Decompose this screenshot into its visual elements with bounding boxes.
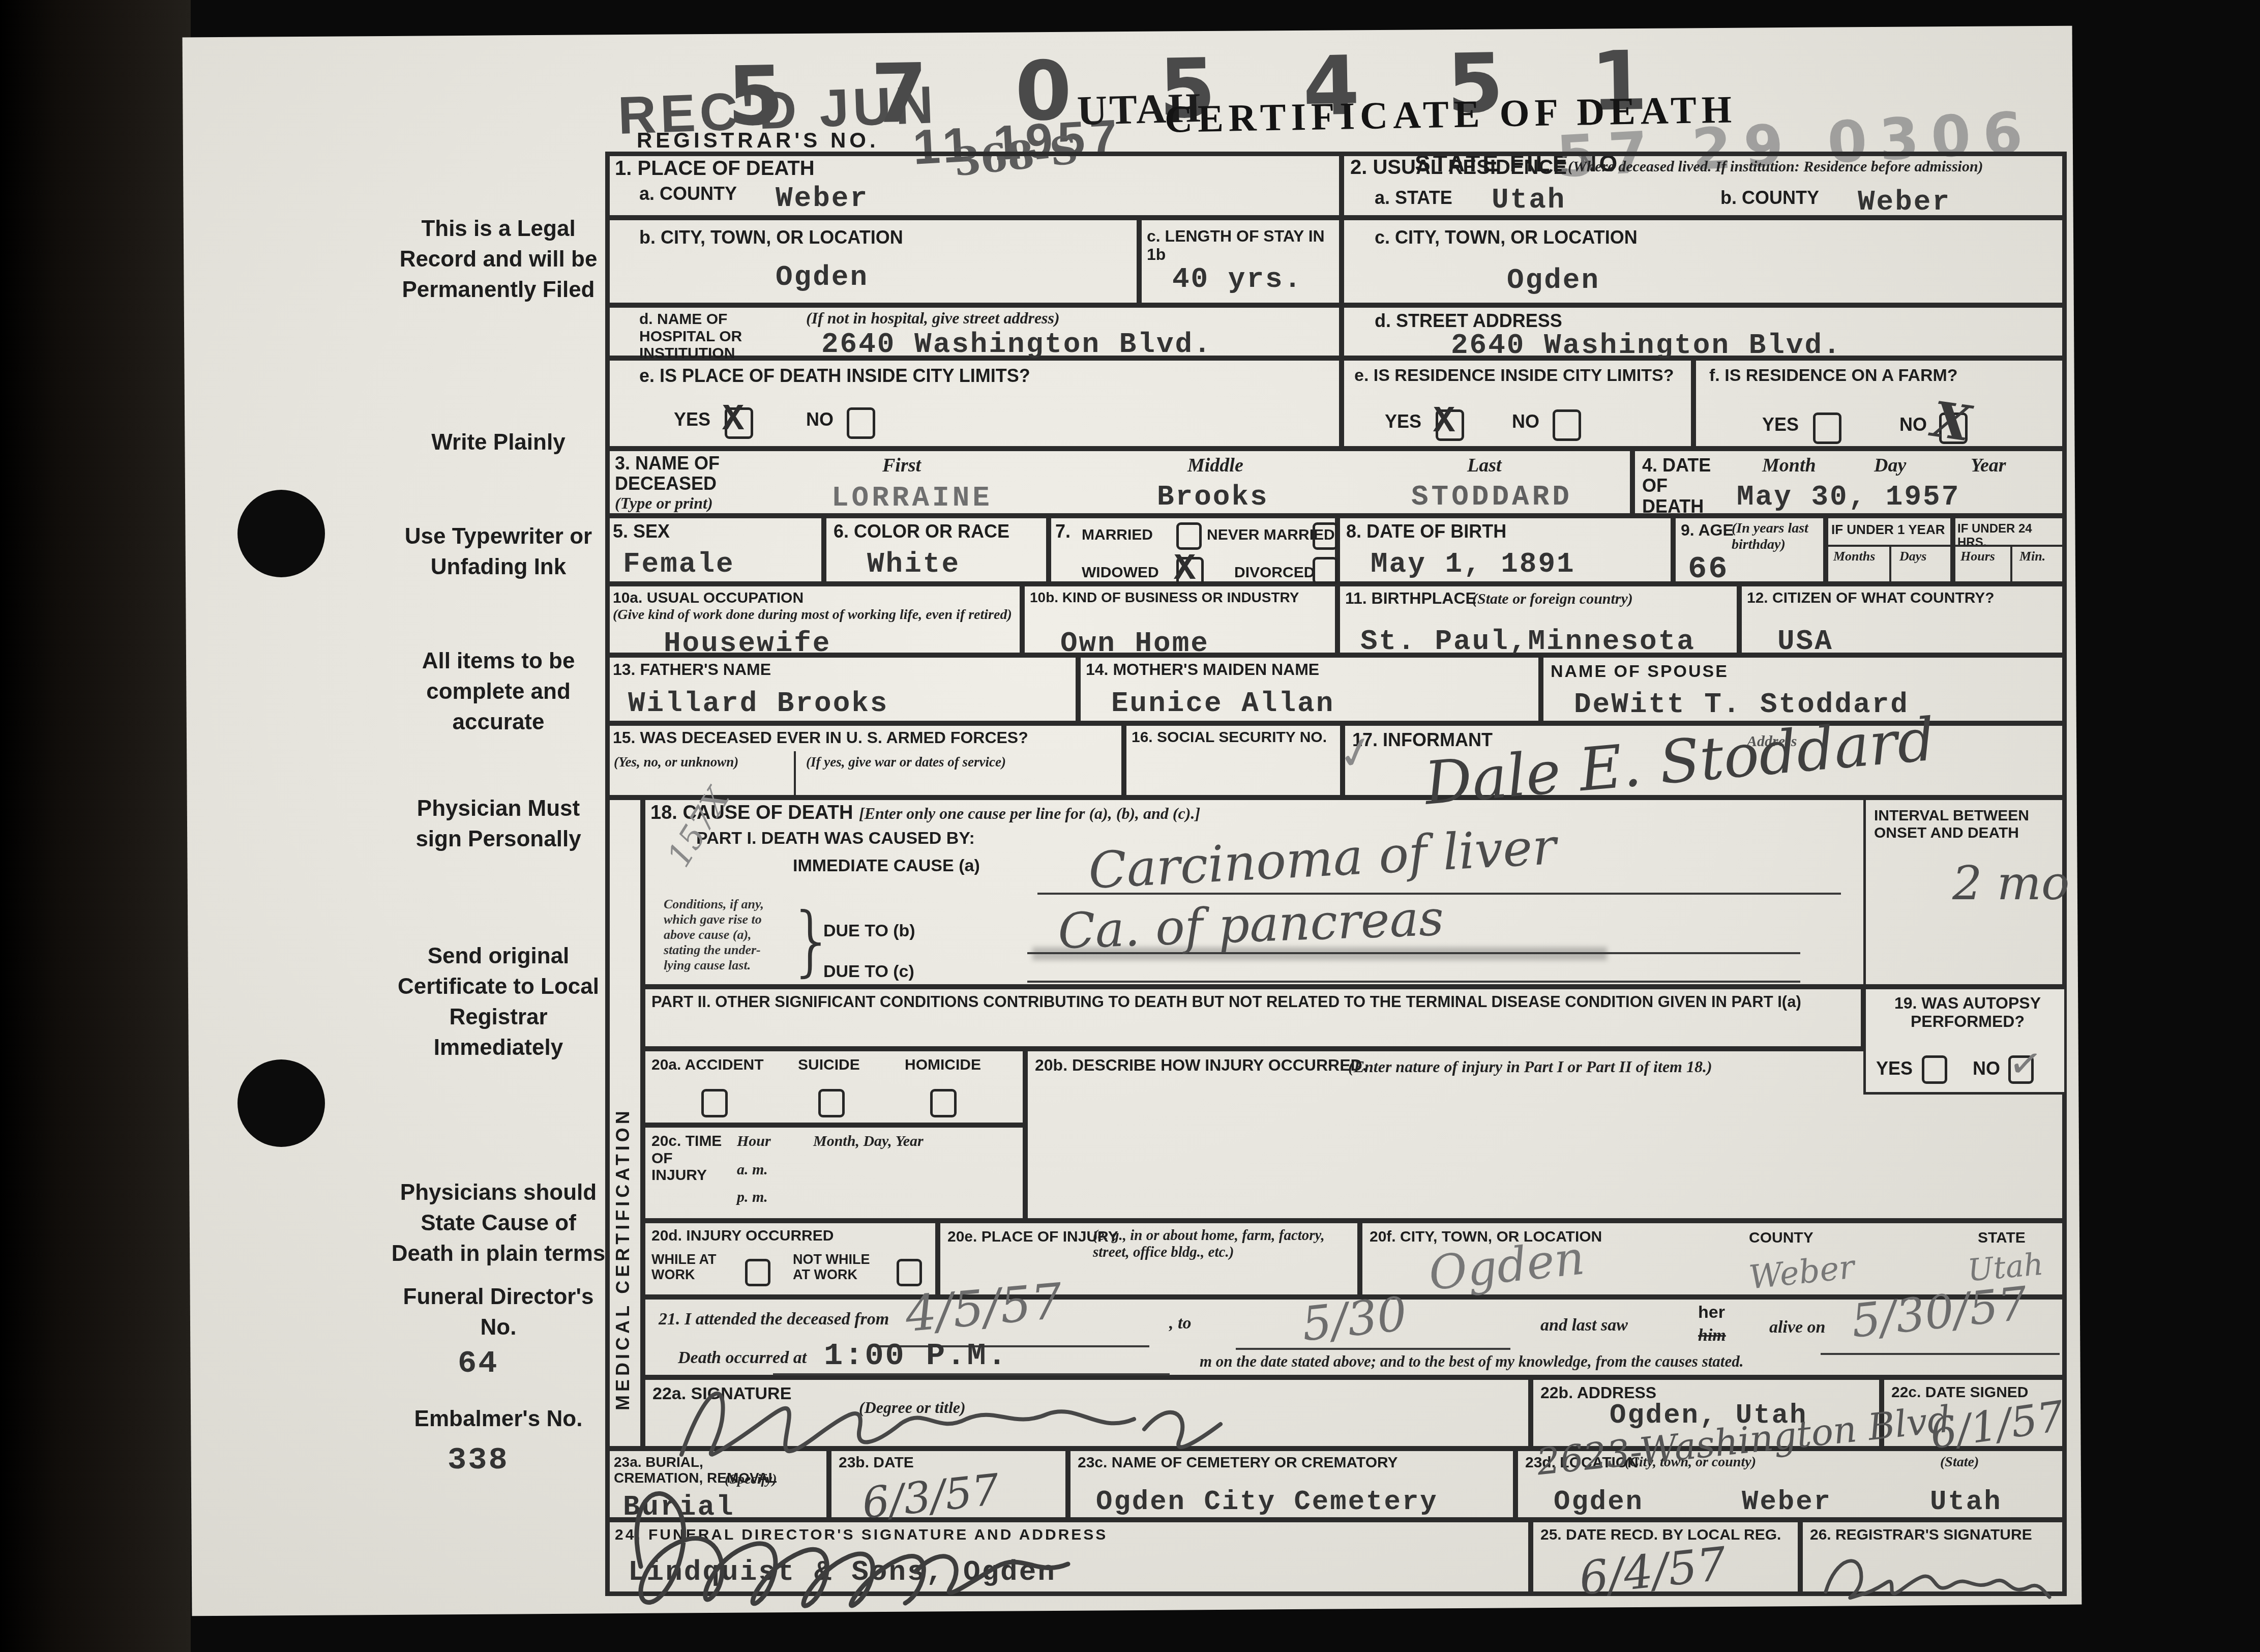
- under24-hours-label: Hours: [1960, 549, 1995, 564]
- residence-county-value: Weber: [1858, 186, 1951, 218]
- under24-min-label: Min.: [2019, 549, 2045, 564]
- residence-state-label: a. STATE: [1375, 188, 1452, 208]
- residence-limits-label: e. IS RESIDENCE INSIDE CITY LIMITS?: [1354, 366, 1674, 385]
- industry-label: 10b. KIND OF BUSINESS OR INDUSTRY: [1030, 589, 1299, 605]
- attended-alive-line: [1821, 1353, 2060, 1355]
- injury-county-label: COUNTY: [1749, 1229, 1813, 1247]
- armed-forces-note2: (If yes, give war or dates of service): [806, 754, 1111, 770]
- autopsy-yes-checkbox: [1922, 1055, 1947, 1084]
- hospital-value: 2640 Washington Blvd.: [821, 328, 1212, 361]
- field-date-of-death: 4. DATE OF DEATH Month Day Year May 30, …: [1632, 449, 2067, 516]
- film-edge: [0, 0, 191, 1652]
- last-name-value: STODDARD: [1411, 481, 1572, 513]
- death-year-header: Year: [1971, 454, 2006, 477]
- place-of-injury-note: (e. g., in or about home, farm, factory,…: [1093, 1227, 1352, 1261]
- attended-text-3: and last saw: [1540, 1316, 1628, 1335]
- field-birthplace: 11. BIRTHPLACE (State or foreign country…: [1337, 584, 1739, 655]
- hospital-note: (If not in hospital, give street address…: [806, 309, 1060, 328]
- occupation-note: (Give kind of work done during most of w…: [613, 607, 1015, 623]
- time-of-injury-label: 20c. TIME OF INJURY: [651, 1133, 723, 1184]
- burial-city-value: Ogden: [1554, 1487, 1644, 1518]
- injury-occurred-label: 20d. INJURY OCCURRED: [651, 1227, 834, 1245]
- part2-label: PART II. OTHER SIGNIFICANT CONDITIONS CO…: [651, 993, 1841, 1011]
- margin-note-physician-sign: Physician Must sign Personally: [392, 793, 605, 854]
- due-to-b-label: DUE TO (b): [823, 921, 915, 940]
- age-note: (In years last birthday): [1732, 520, 1823, 553]
- not-while-at-work-label: NOT WHILE AT WORK: [793, 1252, 884, 1282]
- field-age: 9. AGE (In years last birthday) 66: [1673, 516, 1826, 584]
- farm-yes-checkbox: [1813, 412, 1841, 444]
- first-name-value: LORRAINE: [831, 482, 993, 514]
- under1-days-label: Days: [1899, 549, 1926, 564]
- street-address-label: d. STREET ADDRESS: [1375, 311, 1562, 331]
- margin-note-legal-record: This is a Legal Record and will be Perma…: [392, 214, 605, 305]
- field-street-address: d. STREET ADDRESS 2640 Washington Blvd.: [1342, 305, 2067, 358]
- death-day-header: Day: [1874, 454, 1906, 477]
- citizen-value: USA: [1777, 625, 1833, 658]
- race-value: White: [867, 548, 960, 580]
- due-c-line: [1027, 981, 1800, 983]
- county-value: Weber: [776, 182, 869, 215]
- sex-value: Female: [623, 548, 735, 580]
- place-limits-yes-label: YES: [674, 409, 710, 430]
- conditions-note: Conditions, if any, which gave rise to a…: [664, 897, 791, 973]
- mother-label: 14. MOTHER'S MAIDEN NAME: [1086, 661, 1319, 679]
- field-name-of-deceased: 3. NAME OF DECEASED (Type or print) Firs…: [605, 449, 1632, 516]
- middle-name-header: Middle: [1187, 454, 1243, 477]
- medical-certification-strip: MEDICAL CERTIFICATION: [605, 798, 643, 1449]
- farm-no-label: NO: [1899, 415, 1927, 435]
- autopsy-no-mark: ✓: [2006, 1039, 2045, 1089]
- suicide-label: SUICIDE: [798, 1056, 860, 1074]
- widowed-label: WIDOWED: [1082, 564, 1159, 581]
- margin-note-typewriter: Use Typewriter or Unfading Ink: [392, 521, 605, 582]
- field-place-of-death: 1. PLACE OF DEATH a. COUNTY Weber: [605, 152, 1342, 218]
- interval-value: 2 mo: [1952, 856, 2069, 910]
- birthplace-value: St. Paul,Minnesota: [1360, 625, 1696, 658]
- divorced-label: DIVORCED: [1234, 564, 1315, 581]
- am-label: a. m.: [737, 1161, 768, 1178]
- hospital-label: d. NAME OF HOSPITAL OR INSTITUTION: [639, 311, 787, 362]
- suicide-checkbox: [818, 1089, 845, 1117]
- funeral-director-no-label: Funeral Director's No.: [392, 1282, 605, 1343]
- mdy-label: Month, Day, Year: [813, 1133, 924, 1150]
- last-name-header: Last: [1467, 454, 1502, 477]
- place-limits-yes-mark: X: [722, 399, 744, 440]
- punch-hole-bottom: [237, 1059, 325, 1147]
- field-industry: 10b. KIND OF BUSINESS OR INDUSTRY Own Ho…: [1022, 584, 1337, 655]
- first-name-header: First: [882, 454, 921, 477]
- not-while-at-work-checkbox: [897, 1259, 922, 1286]
- place-limits-no-checkbox: [847, 407, 875, 439]
- field-citizen: 12. CITIZEN OF WHAT COUNTRY? USA: [1739, 584, 2067, 655]
- residence-limits-no-checkbox: [1553, 409, 1581, 441]
- field-length-of-stay: c. LENGTH OF STAY IN 1b 40 yrs.: [1139, 218, 1342, 305]
- widowed-checkbox: X: [1176, 557, 1204, 586]
- embalmer-no-label: Embalmer's No.: [392, 1406, 605, 1431]
- never-married-checkbox: [1313, 522, 1338, 550]
- usual-residence-note: (Where deceased lived. If institution: R…: [1568, 158, 2056, 175]
- middle-name-value: Brooks: [1157, 481, 1269, 513]
- while-at-work-checkbox: [745, 1259, 770, 1286]
- attended-her: her: [1698, 1303, 1725, 1322]
- field-sex: 5. SEX Female: [605, 516, 824, 584]
- length-of-stay-label: c. LENGTH OF STAY IN 1b: [1147, 227, 1339, 264]
- marital-num: 7.: [1055, 521, 1070, 542]
- dob-label: 8. DATE OF BIRTH: [1346, 521, 1506, 542]
- occupation-label: 10a. USUAL OCCUPATION: [613, 589, 804, 607]
- place-of-death-title: 1. PLACE OF DEATH: [615, 157, 815, 180]
- date-received-label: 25. DATE RECD. BY LOCAL REG.: [1540, 1526, 1781, 1544]
- armed-forces-note1: (Yes, no, or unknown): [614, 754, 738, 770]
- spouse-label: NAME OF SPOUSE: [1551, 662, 1729, 681]
- registrar-signature: [1816, 1541, 2055, 1612]
- father-label: 13. FATHER'S NAME: [613, 661, 771, 679]
- attended-to-line: [1236, 1348, 1510, 1350]
- medical-certification-label: MEDICAL CERTIFICATION: [613, 831, 633, 1410]
- autopsy-label: 19. WAS AUTOPSY PERFORMED?: [1886, 994, 2049, 1031]
- mother-value: Eunice Allan: [1111, 687, 1334, 720]
- race-label: 6. COLOR OR RACE: [834, 521, 1009, 542]
- attended-text-1: 21. I attended the deceased from: [659, 1310, 889, 1329]
- street-address-value: 2640 Washington Blvd.: [1451, 329, 1842, 362]
- farm-no-mark: X: [1928, 390, 1974, 452]
- usual-residence-title: 2. USUAL RESIDENCE: [1350, 156, 1567, 179]
- funeral-director-no-value: 64: [458, 1345, 498, 1381]
- under1-months-label: Months: [1833, 549, 1875, 564]
- embalmer-no-value: 338: [448, 1442, 509, 1478]
- homicide-label: HOMICIDE: [905, 1056, 981, 1074]
- field-armed-forces: 15. WAS DECEASED EVER IN U. S. ARMED FOR…: [605, 723, 1124, 798]
- field-usual-residence: 2. USUAL RESIDENCE (Where deceased lived…: [1342, 152, 2067, 218]
- margin-note-plain-terms: Physicians should State Cause of Death i…: [386, 1177, 610, 1269]
- birthplace-label: 11. BIRTHPLACE: [1345, 589, 1476, 608]
- field-date-of-birth: 8. DATE OF BIRTH May 1, 1891: [1337, 516, 1673, 584]
- attended-him: him: [1698, 1326, 1726, 1345]
- deceased-name-note: (Type or print): [615, 494, 713, 513]
- place-city-limits-label: e. IS PLACE OF DEATH INSIDE CITY LIMITS?: [639, 366, 1030, 386]
- farm-no-checkbox: X: [1939, 412, 1968, 444]
- margin-note-write-plainly: Write Plainly: [392, 430, 605, 455]
- residence-city-value: Ogden: [1507, 264, 1600, 297]
- field-25-date-received: 25. DATE RECD. BY LOCAL REG. 6/4/57: [1531, 1520, 1800, 1596]
- pm-label: p. m.: [737, 1189, 768, 1206]
- field-part2: PART II. OTHER SIGNIFICANT CONDITIONS CO…: [643, 987, 1863, 1049]
- margin-note-send-original: Send original Certificate to Local Regis…: [392, 941, 605, 1063]
- residence-limits-yes-checkbox: X: [1436, 409, 1464, 441]
- autopsy-no-checkbox: ✓: [2008, 1055, 2034, 1084]
- field-if-under-24-hrs: IF UNDER 24 HRS. Hours Min.: [1953, 516, 2067, 584]
- burial-county-value: Weber: [1742, 1487, 1832, 1518]
- birthplace-note: (State or foreign country): [1472, 591, 1633, 608]
- field-color-or-race: 6. COLOR OR RACE White: [824, 516, 1049, 584]
- field-marital-status: 7. MARRIED NEVER MARRIED WIDOWED X DIVOR…: [1049, 516, 1337, 584]
- hour-label: Hour: [737, 1133, 771, 1150]
- interval-label: INTERVAL BETWEEN ONSET AND DEATH: [1874, 807, 2057, 841]
- age-label: 9. AGE: [1681, 521, 1734, 540]
- burial-state-value: Utah: [1930, 1487, 2002, 1518]
- field-residence-city: c. CITY, TOWN, OR LOCATION Ogden: [1342, 218, 2067, 305]
- homicide-checkbox: [930, 1089, 957, 1117]
- place-city-label: b. CITY, TOWN, OR LOCATION: [639, 227, 903, 248]
- accident-checkbox: [701, 1089, 728, 1117]
- death-certificate-scan: REC'D JUN 11 1957 5 7 0 5 4 5 1 REGISTRA…: [0, 0, 2260, 1652]
- due-to-c-label: DUE TO (c): [823, 962, 914, 981]
- place-city-value: Ogden: [776, 261, 869, 293]
- deceased-name-label: 3. NAME OF DECEASED: [615, 453, 747, 494]
- funeral-director-signature: [610, 1444, 1297, 1612]
- under1-label: IF UNDER 1 YEAR: [1831, 522, 1945, 537]
- field-name-of-spouse: NAME OF SPOUSE DeWitt T. Stoddard: [1541, 655, 2067, 723]
- residence-limits-yes-mark: X: [1433, 401, 1455, 442]
- place-limits-yes-checkbox: X: [725, 407, 753, 439]
- injury-county-value: Weber: [1747, 1248, 1856, 1296]
- farm-yes-label: YES: [1762, 415, 1799, 435]
- field-place-city-limits: e. IS PLACE OF DEATH INSIDE CITY LIMITS?…: [605, 358, 1342, 449]
- citizen-label: 12. CITIZEN OF WHAT COUNTRY?: [1747, 589, 1995, 607]
- residence-limits-no-label: NO: [1512, 411, 1539, 432]
- autopsy-no-label: NO: [1973, 1058, 2000, 1079]
- attended-text-4: alive on: [1769, 1318, 1825, 1337]
- accident-label: 20a. ACCIDENT: [651, 1056, 764, 1074]
- field-hospital: d. NAME OF HOSPITAL OR INSTITUTION (If n…: [605, 305, 1342, 358]
- field-autopsy: 19. WAS AUTOPSY PERFORMED? YES NO ✓: [1863, 987, 2067, 1095]
- while-at-work-label: WHILE AT WORK: [651, 1252, 733, 1282]
- field-20a: 20a. ACCIDENT SUICIDE HOMICIDE: [643, 1049, 1025, 1125]
- date-of-death-value: May 30, 1957: [1737, 481, 1960, 513]
- farm-label: f. IS RESIDENCE ON A FARM?: [1709, 366, 1958, 385]
- attended-text-6: m on the date stated above; and to the b…: [1200, 1352, 1743, 1371]
- burial-state-note: (State): [1940, 1454, 1979, 1470]
- part1-label: PART I. DEATH WAS CAUSED BY:: [696, 829, 975, 848]
- residence-city-label: c. CITY, TOWN, OR LOCATION: [1375, 227, 1638, 248]
- field-residence-city-limits: e. IS RESIDENCE INSIDE CITY LIMITS? YES …: [1342, 358, 1693, 449]
- cause-of-death-note: [Enter only one cause per line for (a), …: [859, 804, 1200, 823]
- age-value: 66: [1688, 551, 1729, 587]
- margin-note-complete: All items to be complete and accurate: [392, 646, 605, 737]
- divorced-checkbox: [1313, 557, 1338, 584]
- how-injury-label: 20b. DESCRIBE HOW INJURY OCCURRED.: [1035, 1056, 1367, 1075]
- residence-limits-yes-label: YES: [1385, 411, 1421, 432]
- how-injury-note: (Enter nature of injury in Part I or Par…: [1348, 1057, 1712, 1076]
- date-of-death-label: 4. DATE OF DEATH: [1642, 455, 1734, 517]
- field-if-under-1-year: IF UNDER 1 YEAR Months Days: [1826, 516, 1953, 584]
- field-residence-farm: f. IS RESIDENCE ON A FARM? YES NO X: [1693, 358, 2067, 449]
- armed-forces-label: 15. WAS DECEASED EVER IN U. S. ARMED FOR…: [613, 729, 1028, 747]
- father-value: Willard Brooks: [628, 687, 888, 720]
- date-received-value: 6/4/57: [1577, 1537, 1729, 1606]
- field-fathers-name: 13. FATHER'S NAME Willard Brooks: [605, 655, 1078, 723]
- field-interval: INTERVAL BETWEEN ONSET AND DEATH 2 mo: [1863, 798, 2067, 987]
- injury-state-label: STATE: [1978, 1229, 2026, 1247]
- date-signed-label: 22c. DATE SIGNED: [1891, 1384, 2029, 1401]
- married-checkbox: [1176, 522, 1202, 550]
- field-mothers-maiden-name: 14. MOTHER'S MAIDEN NAME Eunice Allan: [1078, 655, 1541, 723]
- attended-to-value: 5/30: [1299, 1286, 1410, 1351]
- length-of-stay-value: 40 yrs.: [1172, 263, 1302, 296]
- address-label: 22b. ADDRESS: [1540, 1384, 1656, 1402]
- residence-state-value: Utah: [1492, 184, 1566, 216]
- death-month-header: Month: [1762, 454, 1816, 477]
- immediate-cause-label: IMMEDIATE CAUSE (a): [793, 856, 980, 875]
- field-social-security-no: 16. SOCIAL SECURITY NO.: [1124, 723, 1343, 798]
- autopsy-yes-label: YES: [1876, 1058, 1913, 1079]
- registrars-no-label: REGISTRAR'S NO.: [637, 128, 879, 152]
- place-limits-no-label: NO: [806, 409, 834, 430]
- sex-label: 5. SEX: [613, 521, 670, 542]
- field-usual-occupation: 10a. USUAL OCCUPATION (Give kind of work…: [605, 584, 1022, 655]
- dob-value: May 1, 1891: [1371, 548, 1575, 580]
- field-20d: 20d. INJURY OCCURRED WHILE AT WORK NOT W…: [643, 1221, 938, 1297]
- field-place-city: b. CITY, TOWN, OR LOCATION Ogden: [605, 218, 1139, 305]
- ssn-label: 16. SOCIAL SECURITY NO.: [1132, 729, 1327, 746]
- married-label: MARRIED: [1082, 526, 1153, 544]
- field-20c: 20c. TIME OF INJURY Hour a. m. p. m. Mon…: [643, 1125, 1025, 1221]
- punch-hole-top: [237, 490, 325, 577]
- attended-text-2: , to: [1169, 1314, 1191, 1333]
- county-label: a. COUNTY: [639, 184, 737, 204]
- residence-county-label: b. COUNTY: [1720, 188, 1819, 208]
